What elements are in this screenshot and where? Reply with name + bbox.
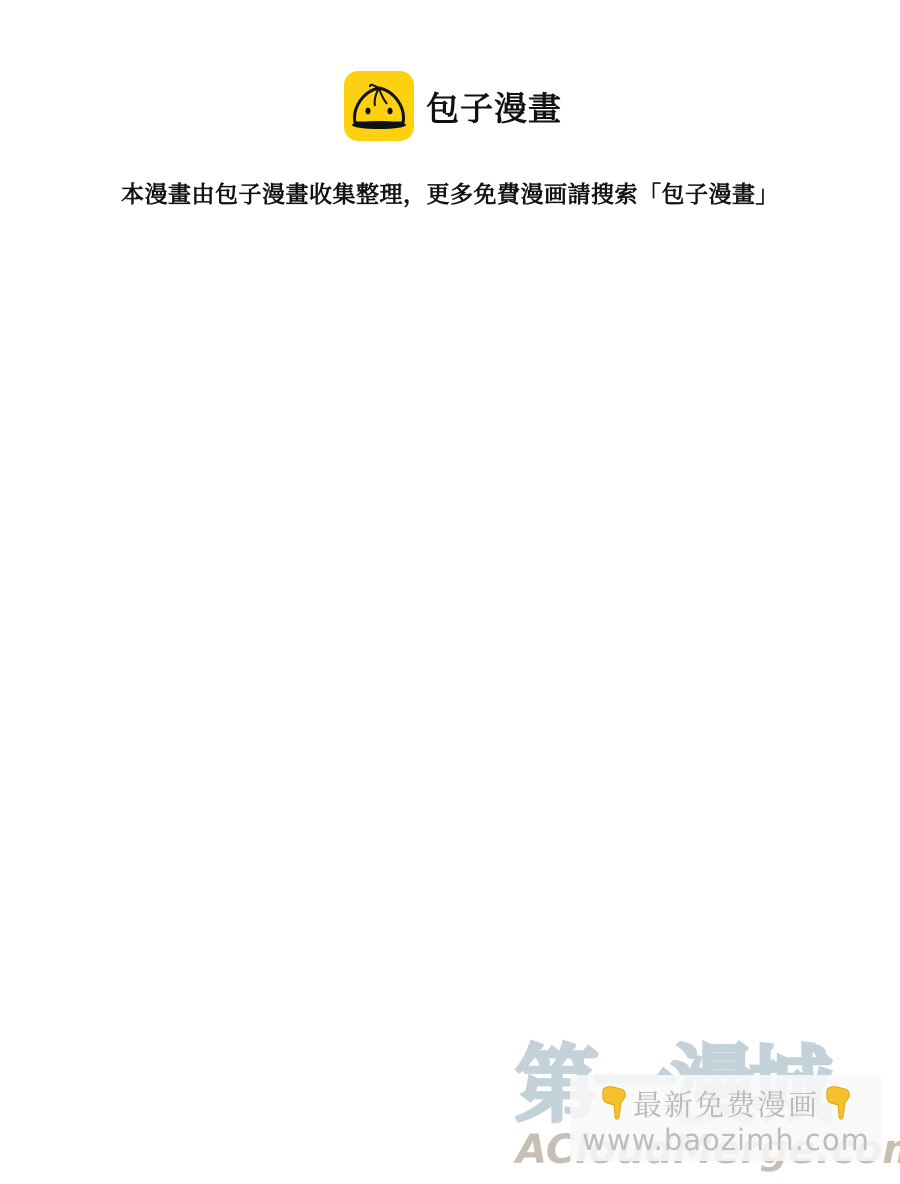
watermark-url-text: www.baozimh.com [570, 1123, 882, 1157]
brand-name: 包子漫畫 [426, 83, 562, 130]
brand-header: 包子漫畫 [344, 71, 562, 141]
steamed-bun-icon [344, 71, 414, 141]
watermark-line1: 最新免费漫画 [570, 1083, 882, 1123]
source-notice: 本漫畫由包子漫畫收集整理，更多免費漫画請搜索「包子漫畫」 [0, 176, 900, 209]
pointing-down-hand-icon [599, 1085, 629, 1121]
watermark-overlay: 最新免费漫画 www.baozimh.com [570, 1075, 882, 1161]
watermark-free-comics-text: 最新免费漫画 [633, 1083, 819, 1124]
pointing-down-hand-icon [823, 1085, 853, 1121]
